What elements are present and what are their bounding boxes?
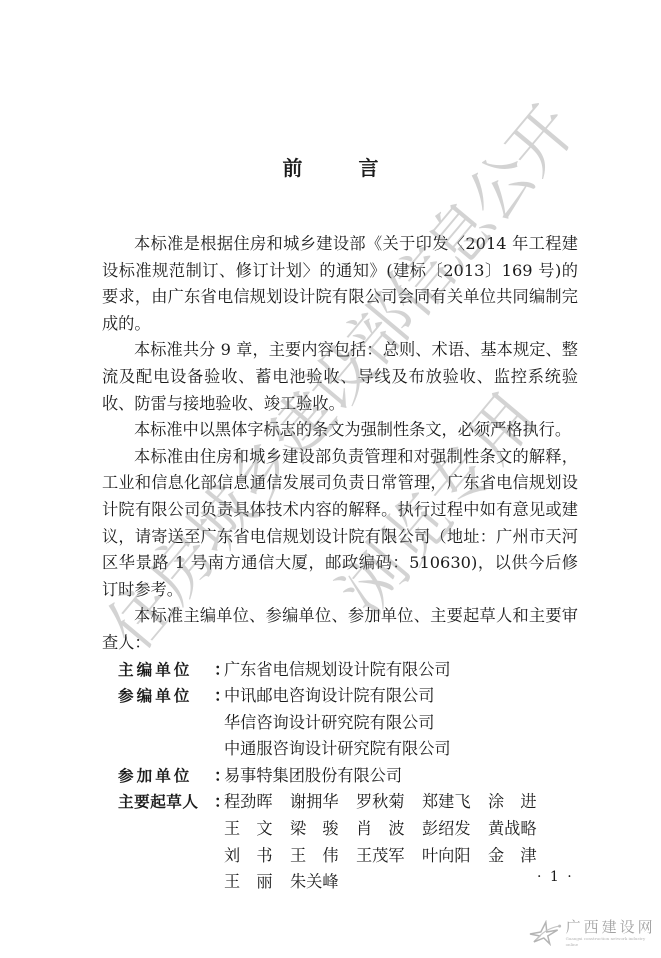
drafter-name: 肖 波 bbox=[356, 816, 422, 843]
drafter-name: 王 丽 bbox=[224, 869, 290, 896]
roster-participating-units-cont: 华信咨询设计研究院有限公司 bbox=[102, 710, 578, 737]
roster-value: 易事特集团股份有限公司 bbox=[224, 763, 578, 790]
paragraph-roster-intro: 本标准主编单位、参编单位、参加单位、主要起草人和主要审查人： bbox=[102, 603, 578, 656]
preface-body: 本标准是根据住房和城乡建设部《关于印发〈2014 年工程建设标准规范制订、修订计… bbox=[102, 231, 578, 896]
roster-value: 中通服咨询设计研究院有限公司 bbox=[224, 736, 578, 763]
logo-subtitle: Guangxi construction network industry on… bbox=[566, 936, 658, 948]
roster-label-spacer bbox=[102, 736, 222, 763]
drafter-name: 叶向阳 bbox=[422, 843, 488, 870]
colon: ： bbox=[214, 789, 218, 895]
roster-label: 主要起草人 bbox=[102, 789, 222, 895]
roster-joining-units: 参加单位 ： 易事特集团股份有限公司 bbox=[102, 763, 578, 790]
drafter-name: 涂 进 bbox=[488, 789, 554, 816]
roster-participating-units: 参编单位 ： 中讯邮电咨询设计院有限公司 bbox=[102, 683, 578, 710]
drafter-names: 程劲晖 谢拥华 罗秋菊 郑建飞 涂 进 王 文 梁 骏 肖 波 彭绍发 黄战略 … bbox=[224, 789, 578, 895]
title-char-2: 言 bbox=[359, 152, 379, 181]
colon-spacer bbox=[214, 710, 218, 737]
roster: 主编单位 ： 广东省电信规划设计院有限公司 参编单位 ： 中讯邮电咨询设计院有限… bbox=[102, 657, 578, 896]
drafter-name: 王 伟 bbox=[290, 843, 356, 870]
drafter-name: 程劲晖 bbox=[224, 789, 290, 816]
site-logo: 广西建设网 Guangxi construction network indus… bbox=[528, 918, 658, 948]
roster-label: 参编单位 bbox=[102, 683, 222, 710]
paragraph-mandatory: 本标准中以黑体字标志的条文为强制性条文，必须严格执行。 bbox=[102, 417, 578, 444]
paragraph-origin: 本标准是根据住房和城乡建设部《关于印发〈2014 年工程建设标准规范制订、修订计… bbox=[102, 231, 578, 337]
drafter-name: 彭绍发 bbox=[422, 816, 488, 843]
colon-spacer bbox=[214, 736, 218, 763]
drafter-name: 刘 书 bbox=[224, 843, 290, 870]
drafter-name: 王 文 bbox=[224, 816, 290, 843]
logo-name: 广西建设网 bbox=[566, 919, 658, 936]
page-title: 前言 bbox=[0, 152, 661, 181]
drafter-name: 朱关峰 bbox=[290, 869, 356, 896]
colon: ： bbox=[214, 657, 218, 684]
document-page: 前言 本标准是根据住房和城乡建设部《关于印发〈2014 年工程建设标准规范制订、… bbox=[0, 0, 661, 958]
roster-value: 广东省电信规划设计院有限公司 bbox=[224, 657, 578, 684]
roster-value: 中讯邮电咨询设计院有限公司 bbox=[224, 683, 578, 710]
paragraph-management: 本标准由住房和城乡建设部负责管理和对强制性条文的解释，工业和信息化部信息通信发展… bbox=[102, 444, 578, 604]
roster-label: 参加单位 bbox=[102, 763, 222, 790]
title-char-1: 前 bbox=[283, 152, 303, 181]
drafter-name: 金 津 bbox=[488, 843, 554, 870]
roster-label: 主编单位 bbox=[102, 657, 222, 684]
roster-participating-units-cont: 中通服咨询设计研究院有限公司 bbox=[102, 736, 578, 763]
page-number: · 1 · bbox=[537, 869, 574, 885]
colon: ： bbox=[214, 763, 218, 790]
roster-value: 华信咨询设计研究院有限公司 bbox=[224, 710, 578, 737]
drafter-name: 郑建飞 bbox=[422, 789, 488, 816]
roster-drafters: 主要起草人 ： 程劲晖 谢拥华 罗秋菊 郑建飞 涂 进 王 文 梁 骏 肖 波 … bbox=[102, 789, 578, 895]
colon: ： bbox=[214, 683, 218, 710]
drafter-name: 谢拥华 bbox=[290, 789, 356, 816]
star-logo-icon bbox=[528, 920, 562, 946]
roster-label-spacer bbox=[102, 710, 222, 737]
paragraph-contents: 本标准共分 9 章，主要内容包括：总则、术语、基本规定、整流及配电设备验收、蓄电… bbox=[102, 337, 578, 417]
drafter-name: 梁 骏 bbox=[290, 816, 356, 843]
drafter-name: 黄战略 bbox=[488, 816, 554, 843]
roster-chief-unit: 主编单位 ： 广东省电信规划设计院有限公司 bbox=[102, 657, 578, 684]
drafter-name: 王茂军 bbox=[356, 843, 422, 870]
drafter-name: 罗秋菊 bbox=[356, 789, 422, 816]
